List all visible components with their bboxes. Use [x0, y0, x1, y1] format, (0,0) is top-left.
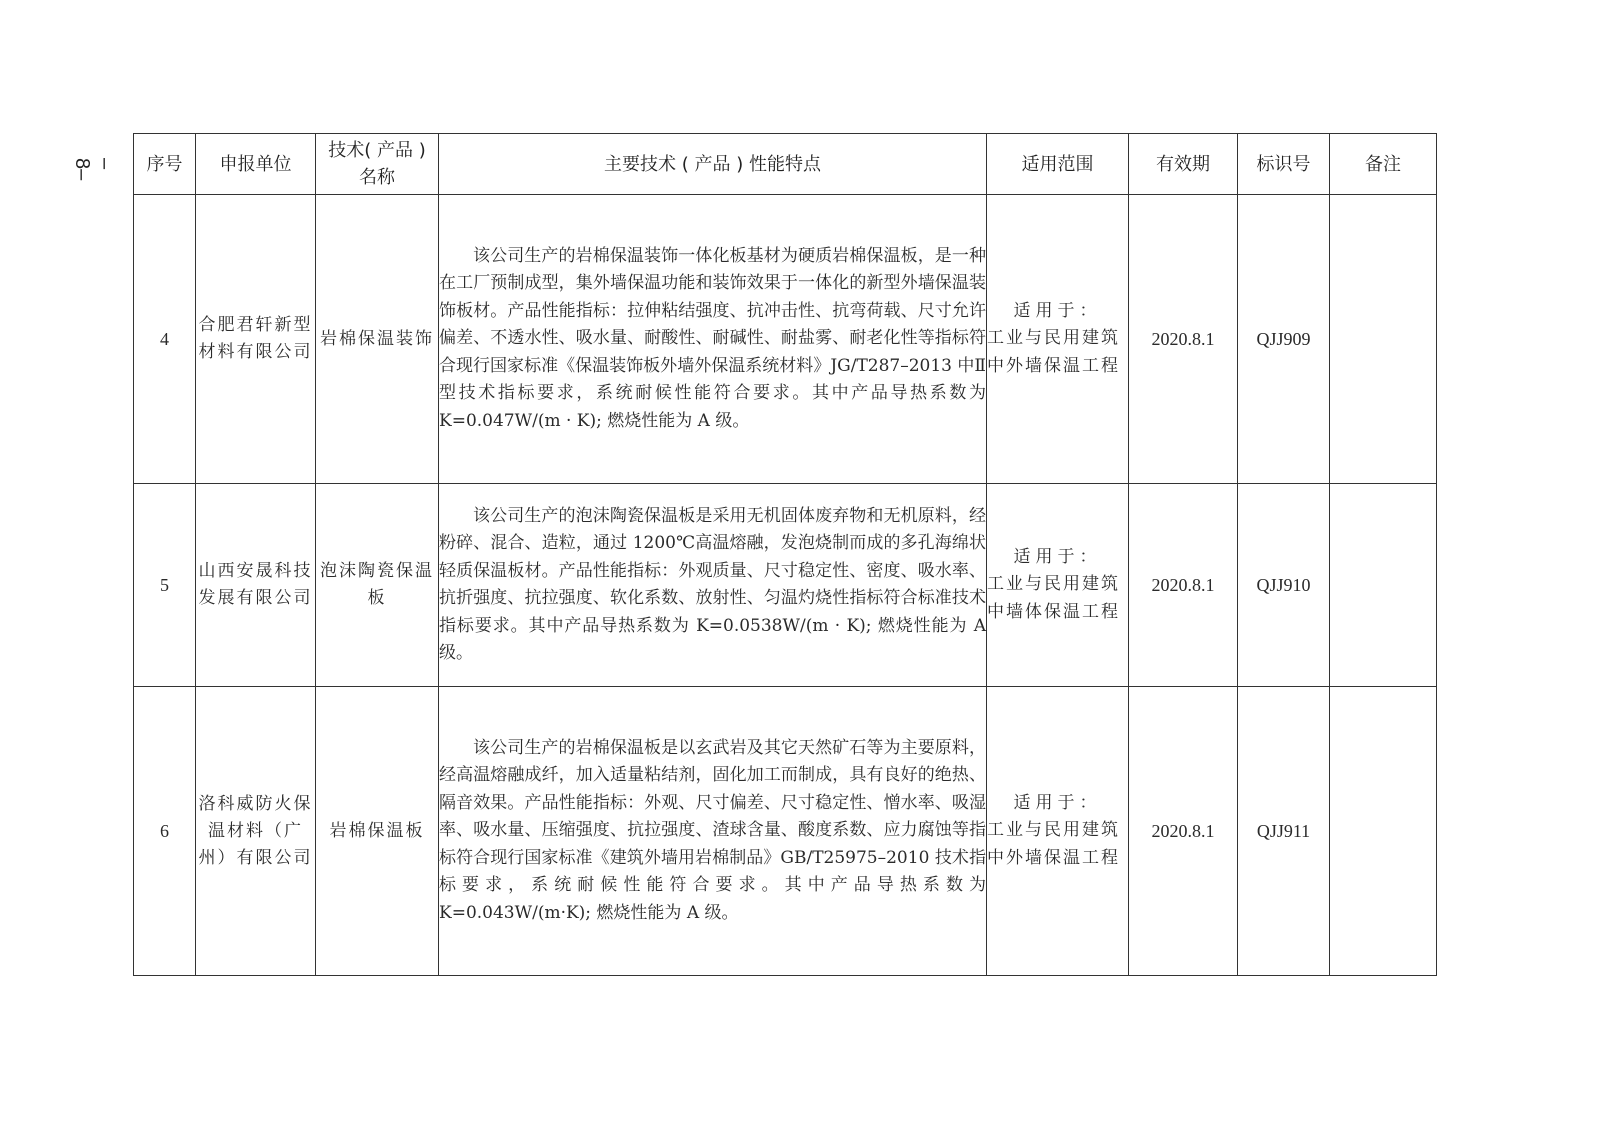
cell-features: 该公司生产的岩棉保温板是以玄武岩及其它天然矿石等为主要原料，经高温熔融成纤，加入…	[439, 687, 987, 976]
cell-valid: 2020.8.1	[1129, 484, 1238, 687]
cell-product: 泡沫陶瓷保温板	[316, 484, 439, 687]
page-number-text: –8–	[70, 158, 116, 188]
header-id: 标识号	[1238, 134, 1330, 195]
header-product-name: 技术( 产品 ) 名称	[316, 134, 439, 195]
features-text: 该公司生产的岩棉保温板是以玄武岩及其它天然矿石等为主要原料，经高温熔融成纤，加入…	[439, 735, 986, 928]
cell-remark	[1330, 687, 1437, 976]
cell-features: 该公司生产的泡沫陶瓷保温板是采用无机固体废弃物和无机原料，经粉碎、混合、造粒，通…	[439, 484, 987, 687]
header-scope: 适用范围	[987, 134, 1129, 195]
header-product-name-line2: 名称	[316, 164, 438, 191]
cell-unit: 洛科威防火保温材料（广州）有限公司	[196, 687, 316, 976]
page-number: –8–	[68, 158, 118, 188]
cell-id: QJJ910	[1238, 484, 1330, 687]
scope-lead: 适用于：	[987, 790, 1128, 818]
header-seq: 序号	[134, 134, 196, 195]
table-row: 5 山西安晟科技发展有限公司 泡沫陶瓷保温板 该公司生产的泡沫陶瓷保温板是采用无…	[134, 484, 1437, 687]
cell-seq: 6	[134, 687, 196, 976]
scope-text: 工业与民用建筑中墙体保温工程	[987, 574, 1120, 622]
cell-scope: 适用于： 工业与民用建筑中外墙保温工程	[987, 687, 1129, 976]
header-product-name-line1: 技术( 产品 )	[316, 137, 438, 164]
table-row: 4 合肥君轩新型材料有限公司 岩棉保温装饰 该公司生产的岩棉保温装饰一体化板基材…	[134, 195, 1437, 484]
features-text: 该公司生产的泡沫陶瓷保温板是采用无机固体废弃物和无机原料，经粉碎、混合、造粒，通…	[439, 503, 986, 668]
product-table: 序号 申报单位 技术( 产品 ) 名称 主要技术 ( 产品 ) 性能特点 适用范…	[133, 133, 1437, 976]
cell-product: 岩棉保温板	[316, 687, 439, 976]
scope-text: 工业与民用建筑中外墙保温工程	[987, 820, 1120, 868]
cell-unit: 合肥君轩新型材料有限公司	[196, 195, 316, 484]
cell-id: QJJ909	[1238, 195, 1330, 484]
table-row: 6 洛科威防火保温材料（广州）有限公司 岩棉保温板 该公司生产的岩棉保温板是以玄…	[134, 687, 1437, 976]
cell-id: QJJ911	[1238, 687, 1330, 976]
scope-text: 工业与民用建筑中外墙保温工程	[987, 328, 1120, 376]
cell-remark	[1330, 484, 1437, 687]
header-features: 主要技术 ( 产品 ) 性能特点	[439, 134, 987, 195]
header-unit: 申报单位	[196, 134, 316, 195]
table-header-row: 序号 申报单位 技术( 产品 ) 名称 主要技术 ( 产品 ) 性能特点 适用范…	[134, 134, 1437, 195]
header-remark: 备注	[1330, 134, 1437, 195]
scope-lead: 适用于：	[987, 298, 1128, 326]
cell-features: 该公司生产的岩棉保温装饰一体化板基材为硬质岩棉保温板，是一种在工厂预制成型，集外…	[439, 195, 987, 484]
header-valid: 有效期	[1129, 134, 1238, 195]
features-text: 该公司生产的岩棉保温装饰一体化板基材为硬质岩棉保温板，是一种在工厂预制成型，集外…	[439, 243, 986, 436]
cell-seq: 4	[134, 195, 196, 484]
cell-scope: 适用于： 工业与民用建筑中墙体保温工程	[987, 484, 1129, 687]
cell-valid: 2020.8.1	[1129, 687, 1238, 976]
cell-seq: 5	[134, 484, 196, 687]
cell-unit: 山西安晟科技发展有限公司	[196, 484, 316, 687]
cell-remark	[1330, 195, 1437, 484]
cell-valid: 2020.8.1	[1129, 195, 1238, 484]
cell-product: 岩棉保温装饰	[316, 195, 439, 484]
cell-scope: 适用于： 工业与民用建筑中外墙保温工程	[987, 195, 1129, 484]
scope-lead: 适用于：	[987, 544, 1128, 572]
